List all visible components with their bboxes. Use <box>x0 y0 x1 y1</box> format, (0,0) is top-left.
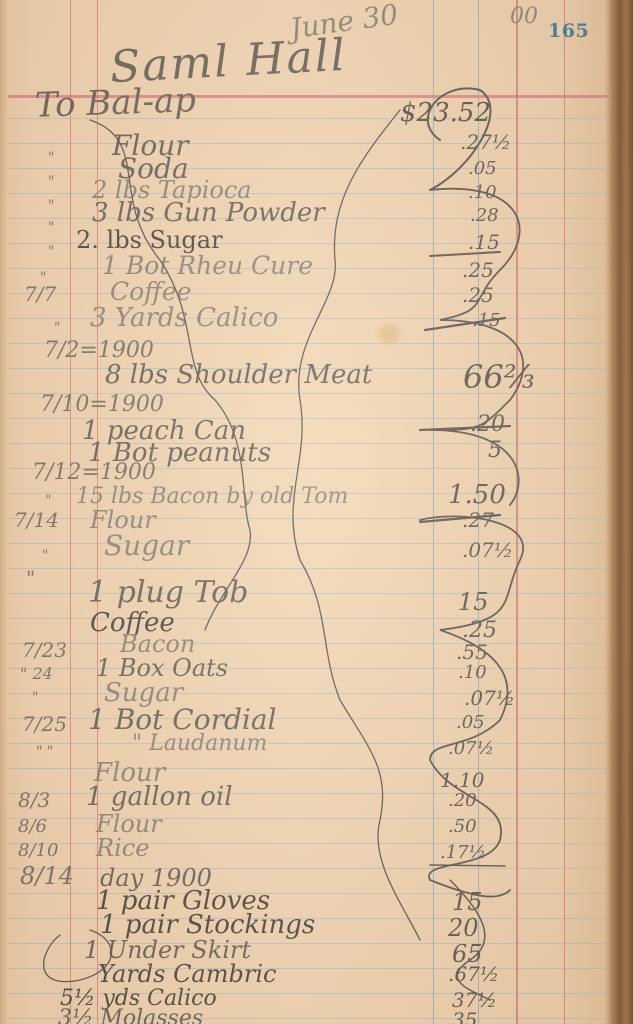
ledger-page: 165 June 30 00 Saml Hall To Bal-ap $23.5… <box>0 0 633 1024</box>
header-year-note: 00 <box>510 6 538 28</box>
amount-right-rule <box>516 0 518 1024</box>
dollars-column-rule <box>433 0 434 1024</box>
page-number: 165 <box>548 20 589 42</box>
balance-forward-amount: $23.52 <box>400 98 491 128</box>
book-binding-edge <box>611 0 633 1024</box>
margin-rule <box>564 0 565 1024</box>
paper-stain <box>378 325 400 343</box>
balance-forward-label: To Bal-ap <box>34 83 196 123</box>
